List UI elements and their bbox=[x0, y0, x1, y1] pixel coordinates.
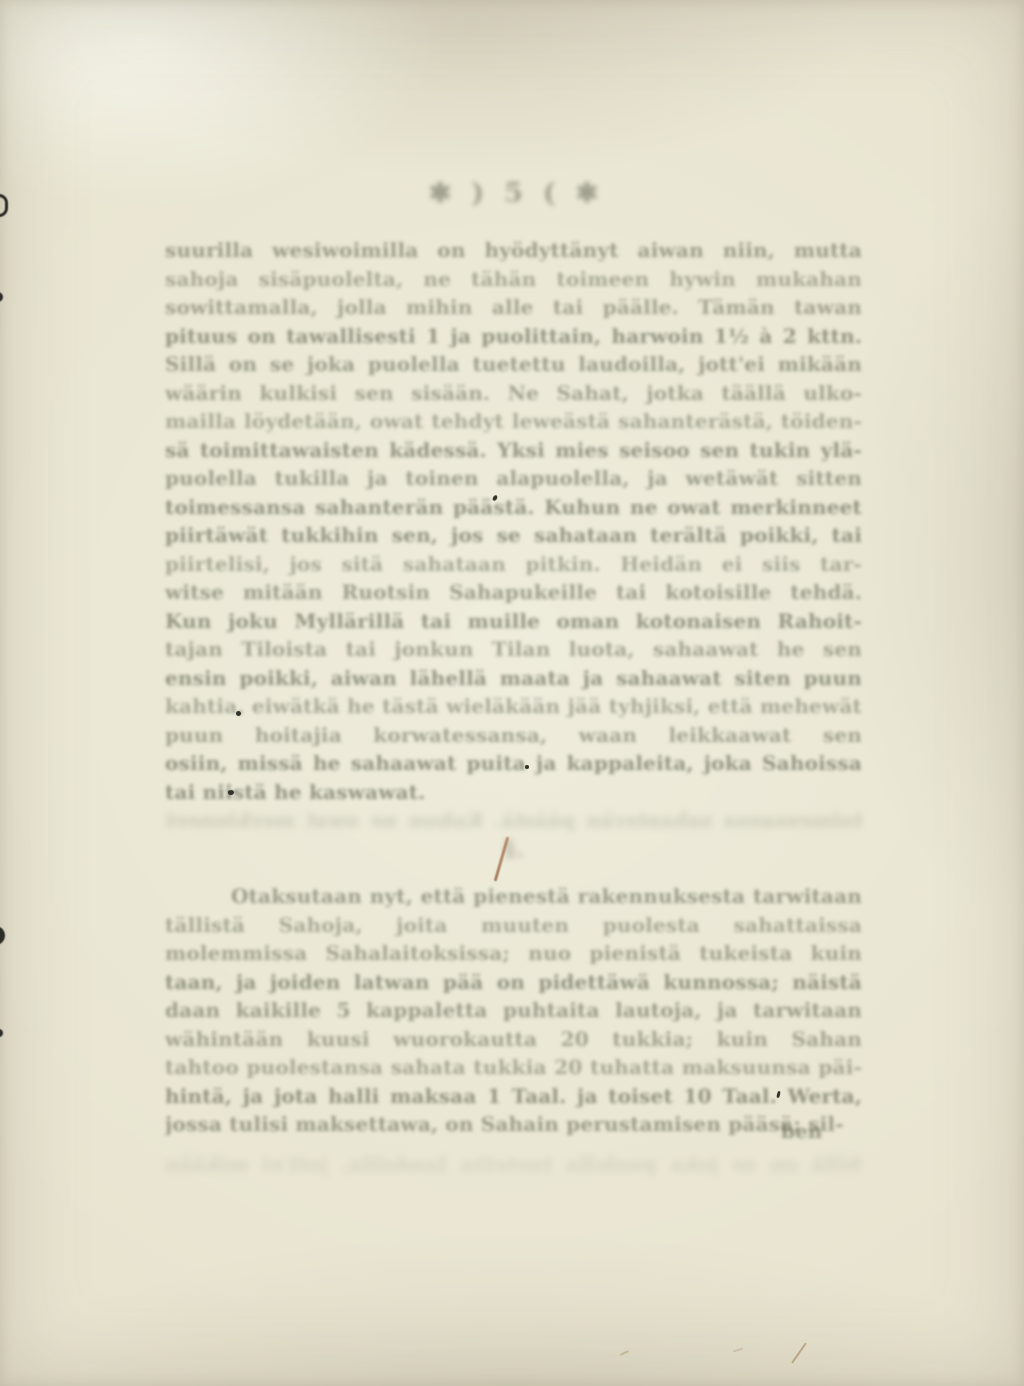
text-line: jossa tulisi maksettawa, on Sahain perus… bbox=[165, 1110, 862, 1139]
text-line: Sillä on se joka puolella tuetettu laudo… bbox=[165, 350, 862, 379]
paragraph-2: Otaksutaan nyt, että pienestä rakennukse… bbox=[165, 882, 862, 1139]
text-line: osiin, missä he sahaawat puita ja kappal… bbox=[165, 749, 862, 778]
header-bracket-right: ( bbox=[543, 178, 556, 209]
text-line: suurilla wesiwoimilla on hyödyttänyt aiw… bbox=[165, 236, 862, 265]
page-number: 5 bbox=[504, 178, 523, 209]
text-line: daan kaikille 5 kappaletta puhtaita laut… bbox=[165, 996, 862, 1025]
text-line: witse mitään Ruotsin Sahapukeille tai ko… bbox=[165, 578, 862, 607]
text-line: taan, ja joiden latwan pää on pidettäwä … bbox=[165, 968, 862, 997]
text-line: toimessansa sahanterän päästä. Kuhun ne … bbox=[165, 493, 862, 522]
left-edge-mark bbox=[0, 926, 5, 945]
paper-scratch bbox=[733, 1348, 743, 1353]
text-line: tällistä Sahoja, joita muuten puolesta s… bbox=[165, 911, 862, 940]
ink-speck bbox=[236, 711, 241, 716]
text-line: ensin poikki, aiwan lähellä maata ja sah… bbox=[165, 664, 862, 693]
text-line: sahoja sisäpuolelta, ne tähän toimeen hy… bbox=[165, 265, 862, 294]
showthrough-ghost-line: toimessansa sahanterän päästä. Kuhun ne … bbox=[165, 806, 862, 835]
left-edge-mark bbox=[0, 194, 8, 217]
text-line: puun hoitajia korwatessansa, waan leikka… bbox=[165, 721, 862, 750]
showthrough-ghost-line: Sillä on se joka puolella tuetettu laudo… bbox=[165, 1150, 862, 1179]
ornament-rosette-right-icon: ✱ bbox=[576, 178, 599, 209]
text-line: wäärin kulkisi sen sisään. Ne Sahat, jot… bbox=[165, 379, 862, 408]
text-line: tahtoo puolestansa sahata tukkia 20 tuha… bbox=[165, 1053, 862, 1082]
paper-scratch bbox=[620, 1350, 629, 1356]
text-line: kahtia, eiwätkä he tästä wieläkään jää t… bbox=[165, 692, 862, 721]
text-line: hintä, ja jota halli maksaa 1 Taal. ja t… bbox=[165, 1082, 862, 1111]
text-line: pituus on tawallisesti 1 ja puolittain, … bbox=[165, 322, 862, 351]
left-edge-mark bbox=[0, 1029, 3, 1037]
paper-scratch bbox=[791, 1343, 806, 1364]
text-line: Otaksutaan nyt, että pienestä rakennukse… bbox=[165, 882, 862, 911]
header-bracket-left: ) bbox=[471, 178, 484, 209]
text-line: sowittamalla, jolla mihin alle tai pääll… bbox=[165, 293, 862, 322]
text-line: sä toimittawaisten kädessä. Yksi mies se… bbox=[165, 436, 862, 465]
paragraph-1: suurilla wesiwoimilla on hyödyttänyt aiw… bbox=[165, 236, 862, 806]
scanned-book-page: ✱)5(✱ suurilla wesiwoimilla on hyödyttän… bbox=[0, 0, 1024, 1386]
text-line: wähintään kuusi wuorokautta 20 tukkia; k… bbox=[165, 1025, 862, 1054]
text-line: piirtelisi, jos sitä sahataan pitkin. He… bbox=[165, 550, 862, 579]
text-line: piirtäwät tukkihin sen, jos se sahataan … bbox=[165, 521, 862, 550]
text-line: tai niistä he kaswawat. bbox=[165, 778, 862, 807]
text-line: molemmissa Sahalaitoksissa; nuo pienistä… bbox=[165, 939, 862, 968]
ink-speck bbox=[525, 765, 529, 769]
text-line: tajan Tiloista tai jonkun Tilan luota, s… bbox=[165, 635, 862, 664]
text-line: mailla löydetään, owat tehdyt leweästä s… bbox=[165, 407, 862, 436]
left-edge-mark bbox=[0, 292, 3, 302]
text-line: Kun joku Myllärillä tai muille oman koto… bbox=[165, 607, 862, 636]
ornament-rosette-left-icon: ✱ bbox=[429, 178, 452, 209]
text-line: puolella tukilla ja toinen alapuolella, … bbox=[165, 464, 862, 493]
page-header-ornament: ✱)5(✱ bbox=[165, 178, 862, 209]
catchword: ben bbox=[781, 1119, 822, 1143]
section-mark: §. bbox=[165, 834, 862, 863]
